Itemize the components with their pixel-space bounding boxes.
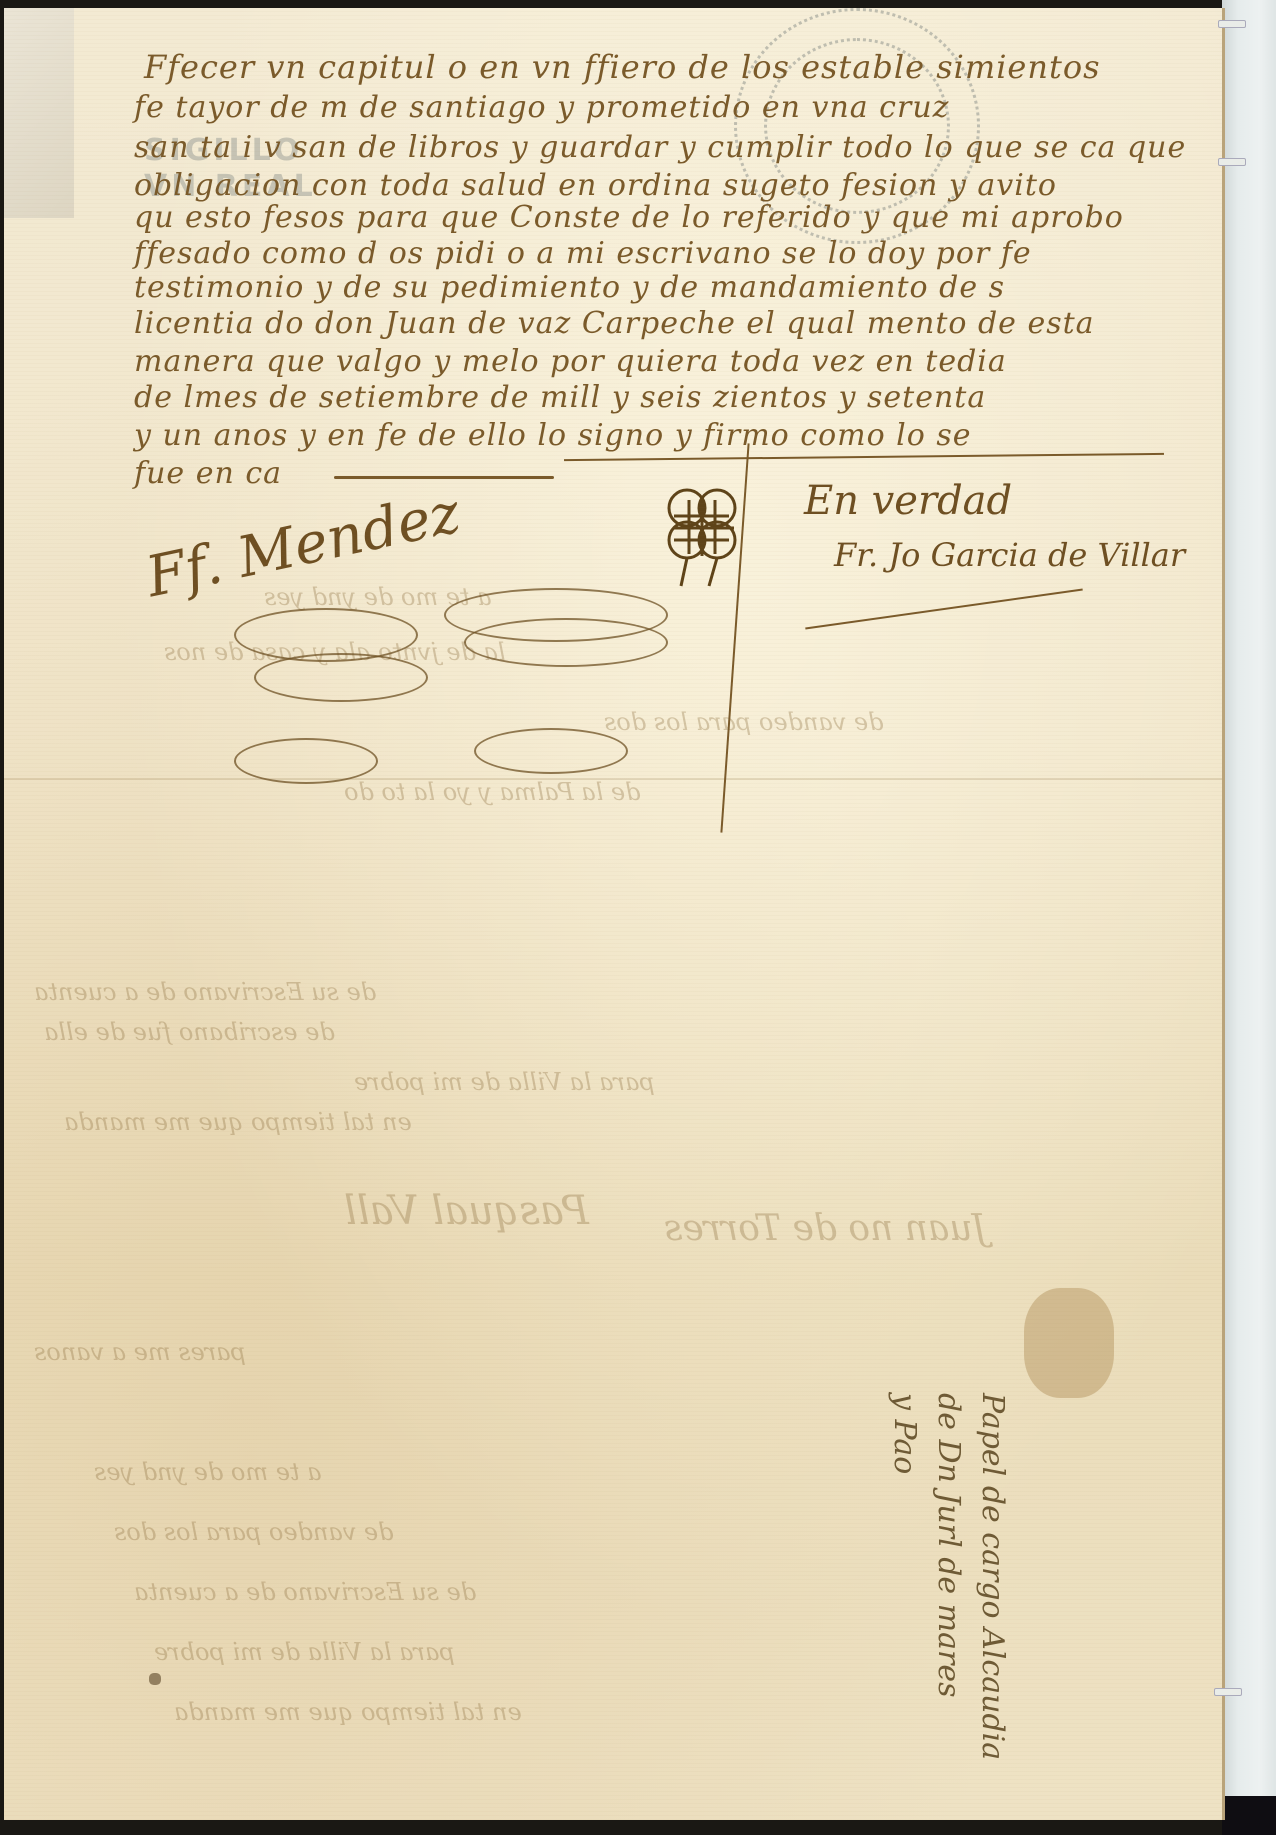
body-line: manera que valgo y melo por quiera toda … [134,344,1007,379]
body-line: licentia do don Juan de vaz Carpeche el … [134,306,1095,341]
seal-stamp-inner-icon [764,38,950,214]
bleed-through-line: a te mo de ynd yes [94,1458,322,1486]
signature-underline [805,589,1083,630]
fold-crease [4,778,1222,780]
signature-right-name: Fr. Jo Garcia de Villar [834,536,1185,574]
bleed-through-line: en tal tiempo que me manda [174,1698,522,1726]
body-line: de lmes de setiembre de mill y seis zien… [134,380,986,415]
bleed-through-line: para la Villa de mi pobre [354,1068,655,1096]
bleed-through-line: de vandeo para los dos [114,1518,393,1546]
notary-rubric-knot-icon [659,478,749,588]
signature-flourish [464,618,668,667]
closing-flourish [334,476,554,479]
bleed-through-line: a te mo de ynd yes [264,583,492,611]
signature-right-verdad: En verdad [804,478,1012,524]
body-line: san ta i v san de libros y guardar y cum… [134,130,1186,165]
signature-flourish [474,728,628,774]
signature-flourish [234,738,378,784]
bleed-through-line: en tal tiempo que me manda [64,1108,412,1136]
body-line: fe tayor de m de santiago y prometido en… [134,90,949,125]
bleed-through-line: de su Escrivano de a cuenta [134,1578,476,1606]
body-line: qu esto fesos para que Conste de lo refe… [134,200,1124,235]
binding-stitch-icon [1218,158,1246,166]
bleed-through-line: de vandeo para los dos [604,708,883,736]
stamp-text: SIGILLO VN REAL [144,133,704,223]
body-line: obligacion con toda salud en ordina suge… [134,168,1057,203]
body-line: fue en ca [134,456,282,491]
body-line: testimonio y de su pedimiento y de manda… [134,270,1005,305]
body-line: Ffecer vn capitul o en vn ffiero de los … [144,48,1101,86]
bleed-through-line: de su Escrivano de a cuenta [34,978,376,1006]
manuscript-page: SIGILLO VN REAL a te mo de ynd yes la de… [4,8,1225,1820]
seal-stamp-icon [734,8,980,244]
torn-corner [4,8,74,218]
binding-strip [1222,0,1276,1800]
scan-background [1222,1796,1276,1835]
signature-flourish [444,588,668,642]
binding-stitch-icon [1218,20,1246,28]
bleed-through-line: pares me a vanos [34,1338,246,1366]
signature-left: Ff. Mendez [141,481,466,611]
margin-note: Papel de cargo Alcaudia de Dn Jurl de ma… [882,1393,1014,1760]
bleed-through-line: la de jvnto ala y casa de nos [164,638,506,666]
signature-flourish [234,608,418,662]
rubric-stem [720,443,749,832]
binding-stitch-icon [1214,1688,1242,1696]
body-line: ffesado como d os pidi o a mi escrivano … [134,236,1032,271]
signature-flourish [254,653,428,702]
bleed-through-line: para la Villa de mi pobre [154,1638,455,1666]
bleed-through-line: de la Palma y yo la to do [344,778,641,806]
ink-spot [149,1673,161,1685]
bleed-through-line: de escribano fue de ella [44,1018,335,1046]
body-line: y un anos y en fe de ello lo signo y fir… [134,418,972,453]
bleed-through-signature: Juan no de Torres [664,1208,987,1249]
water-stain [1024,1288,1114,1398]
bleed-through-signature: Pasqual Vall [344,1188,589,1234]
closing-rule [564,453,1164,461]
